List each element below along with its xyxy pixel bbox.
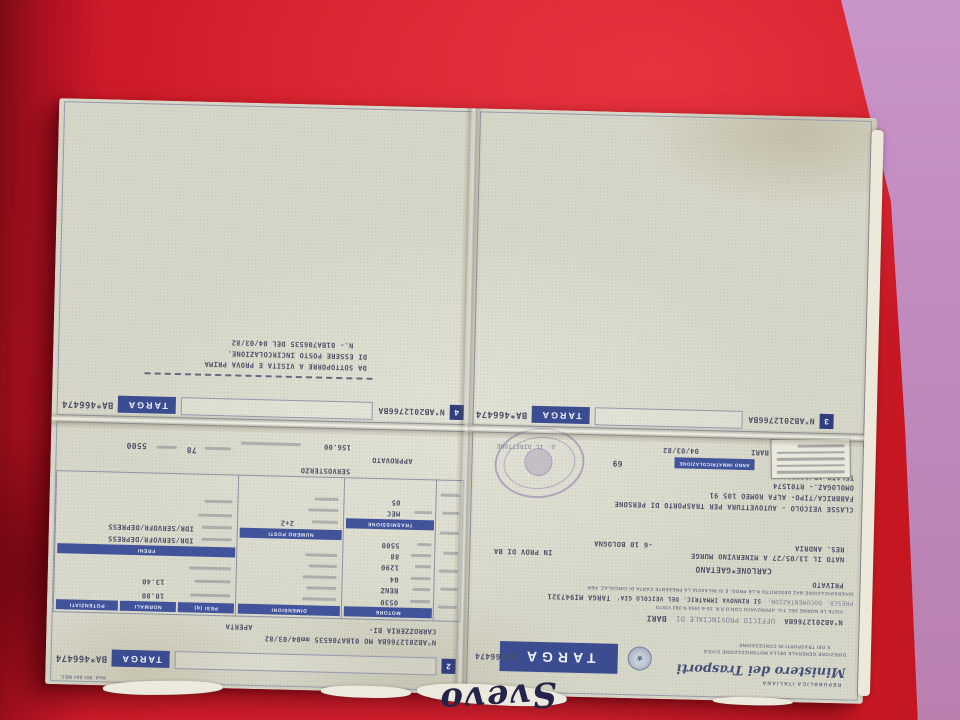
illegible-text-line: [777, 464, 845, 467]
illegible-text-line: [157, 446, 177, 449]
page-technical: Mod. MO 884 MEC. 2 TARGA BA*466474 N°AB2…: [47, 418, 469, 694]
body-type-label: CARROZZERIA BI-: [369, 626, 437, 636]
illegible-text-line: [410, 600, 430, 603]
weight-total: 13.40: [142, 577, 165, 586]
illegible-text-line: [194, 580, 230, 583]
direction-line1: DIREZIONE GENERALE DELLA MOTORIZZAZIONE …: [703, 649, 846, 657]
table-divider: [341, 478, 345, 618]
engine-power: 88: [390, 552, 399, 560]
registration-year-label: ANNO IMMATRICOLAZIONE: [674, 458, 755, 470]
illegible-text-line: [202, 538, 232, 541]
table-divider: [433, 480, 437, 620]
section-trasmissione: TRASMISSIONE: [346, 518, 434, 530]
registration-booklet: REPUBBLICA ITALIANA Ministero dei Traspo…: [45, 98, 877, 704]
usage-type: PRIVATO: [812, 581, 844, 590]
speed-value: 156.00: [324, 443, 351, 452]
owner-name: CARLONE*GAETANO: [695, 565, 772, 576]
illegible-text-line: [309, 565, 337, 568]
illegible-text-line: [417, 543, 431, 546]
seats-value: 2+2: [280, 519, 294, 527]
illegible-text-line: [312, 521, 338, 524]
section-freni: FRENI: [57, 543, 235, 557]
illegible-text-line: [303, 576, 337, 579]
illegible-text-line: [198, 514, 232, 517]
section-numero-posti: NUMERO POSTI: [240, 528, 342, 540]
illegible-text-line: [412, 588, 430, 591]
issue-date: 04/03/82: [663, 446, 699, 455]
illegible-text-line: [190, 594, 230, 597]
illegible-text-line: [302, 598, 336, 601]
targa-label-box: TARGA: [532, 406, 590, 424]
transmission-value2: 05: [391, 498, 400, 506]
noise-rpm-value: 5500: [126, 441, 147, 450]
page-blank-3-frame: [472, 111, 872, 434]
illegible-text-line: [189, 567, 231, 571]
page-number-box: 3: [819, 414, 833, 429]
illegible-text-line: [305, 554, 337, 557]
engine-displacement: 1290: [381, 563, 399, 571]
illegible-text-line: [308, 509, 338, 512]
targa-label-box: TARGA: [112, 650, 170, 668]
weight-tara: 10.80: [141, 591, 164, 600]
plate-number: BA*466474: [62, 398, 114, 409]
illegible-text-line: [411, 554, 431, 557]
illegible-text-line: [777, 458, 845, 461]
emblem-star-icon: ★: [636, 653, 644, 664]
illegible-text-line: [202, 526, 232, 529]
owner-address: -6 10 BOLOGNA: [594, 539, 653, 548]
page-blank-4: 4 N°AB2012766BA TARGA BA*466474 DA SOTTO…: [53, 98, 477, 428]
engine-rpm: 5500: [381, 541, 399, 549]
republic-emblem-icon: ★: [627, 646, 652, 671]
cover-plate-number: BA466474: [475, 651, 516, 661]
document-number: N°AB2012766BA: [748, 416, 815, 427]
owner-residence: RES. ANDRIA: [795, 544, 845, 553]
section-pesi-normali: NORMALI: [120, 601, 176, 612]
transmission-value: MEC: [387, 509, 401, 517]
illegible-text-line: [777, 451, 845, 454]
direction-line2: E DEI TRASPORTI IN CONCESSIONE: [739, 643, 830, 650]
document-number: N°AB2012766BA: [784, 617, 843, 626]
engine-cylinders: 04: [389, 575, 398, 583]
office-label: UFFICIO PROVINCIALE DI: [676, 615, 775, 625]
technical-table: MOTORE 0530 BENZ 04 1290 88 5500 TRASMIS…: [53, 470, 464, 622]
noise-db-value: 78: [186, 445, 196, 454]
page-blank-3: 3 N°AB2012766BA TARGA BA*466474: [469, 108, 875, 438]
cover-targa-box: TARGA: [499, 641, 618, 674]
renewal-prescr: PRESCR. DOCUMENTAZION.: [767, 598, 853, 607]
illegible-text-line: [415, 565, 431, 568]
engine-fuel: BENZ: [380, 586, 398, 594]
plate-number: BA*466474: [476, 408, 528, 419]
handwritten-note: Svevo: [437, 673, 558, 720]
targa-label-box: TARGA: [118, 396, 176, 414]
engine-code: 0530: [380, 598, 398, 606]
page-owner: REPUBBLICA ITALIANA Ministero dei Traspo…: [463, 428, 867, 704]
section-motore: MOTORE: [344, 606, 432, 618]
registration-year: 69: [612, 459, 622, 468]
section-pesi: PESI (q): [178, 602, 234, 613]
document-number: N°AB2012766BA: [378, 406, 445, 417]
old-plate: TARGA MI947321: [547, 592, 610, 602]
approvato-note: APPROVATO: [372, 456, 413, 465]
illegible-text-line: [315, 498, 339, 501]
ministry-script-title: Ministero dei Trasporti: [676, 660, 845, 679]
illegible-text-line: [414, 511, 432, 514]
table-divider: [235, 476, 239, 616]
inspection-note: DA SOTTOPORRE A VISITA E PROVA PRIMA DI …: [204, 338, 367, 372]
section-pesi-potenziati: POTENZIATI: [56, 599, 118, 611]
office-city: BARI: [646, 614, 667, 623]
illegible-text-line: [204, 500, 232, 503]
servosterzo-note: SERVOSTERZO: [300, 466, 350, 475]
body-type-value: APERTA: [225, 622, 252, 631]
owner-birth-prov: IN PROV DI BA: [494, 547, 553, 556]
issue-city: BARI: [751, 448, 769, 456]
plate-number: BA*466474: [55, 652, 107, 663]
inspection-line2: DI ESSERE POSTO INCIRCOLAZIONE.: [204, 349, 367, 361]
illegible-text-line: [306, 587, 336, 590]
illegible-text-line: [411, 577, 431, 580]
brakes-service: IDR/SERVOFR/DEPRESS: [108, 534, 194, 544]
section-dimensioni: DIMENSIONI: [238, 604, 340, 616]
illegible-text-line: [777, 471, 845, 474]
brakes-emergency: IDR/SERVOFR/DEPRESS: [108, 522, 194, 532]
